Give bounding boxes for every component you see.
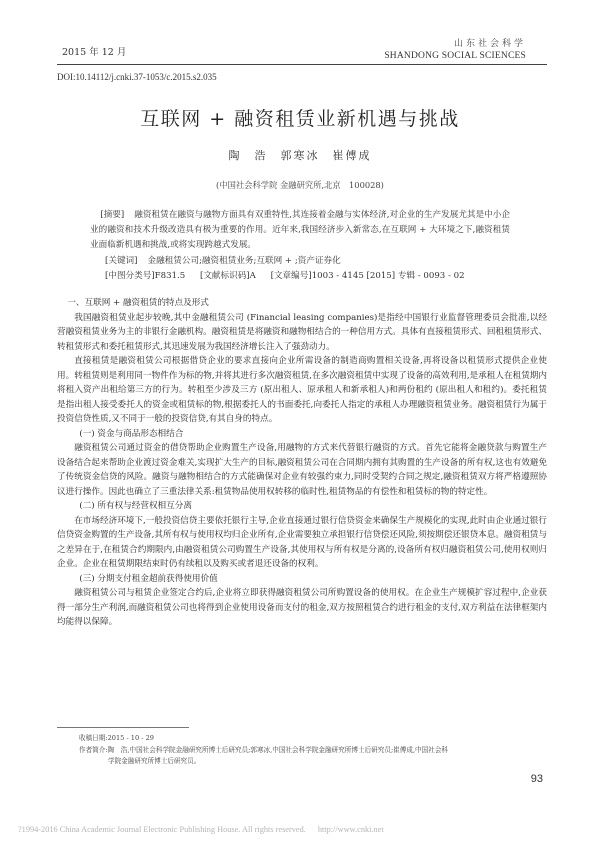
paragraph: 我国融资租赁业起步较晚,其中金融租赁公司 (Financial leasing …	[57, 311, 547, 355]
authors: 陶 浩 郭寒冰 崔傅成	[0, 147, 600, 163]
footnote-divider	[57, 727, 189, 728]
article-title: 互联网 + 融资租赁业新机遇与挑战	[0, 104, 600, 131]
copyright-url[interactable]: http://www.cnki.net	[318, 825, 384, 834]
header-divider	[57, 64, 547, 65]
keywords-text: 金融租赁公司;融资租赁业务;互联网 + ;资产证券化	[148, 256, 341, 266]
issue-date: 2015 年 12 月	[62, 44, 126, 58]
doi: DOI:10.14112/j.cnki.37-1053/c.2015.s2.03…	[57, 72, 217, 82]
affiliation: (中国社会科学院 金融研究所,北京 100028)	[0, 179, 600, 191]
subsection-heading: (三) 分期支付租金超前获得使用价值	[57, 572, 547, 587]
article-body: 一、互联网 + 融资租赁的特点及形式 我国融资租赁业起步较晚,其中金融租赁公司 …	[57, 296, 547, 630]
article-number: [文章编号]1003 - 4145 [2015] 专辑 - 0093 - 02	[271, 271, 465, 281]
author-bio: 作者简介:陶 浩,中国社会科学院金融研究所博士后研究员;郭寒冰,中国社会科学院金…	[79, 745, 549, 757]
journal-name-cn: 山东社会科学	[384, 38, 526, 50]
subsection-heading: (一) 资金与商品形态相结合	[57, 427, 547, 442]
abstract-label: [摘要]	[100, 210, 124, 220]
paragraph: 融资租赁公司与租赁企业签定合约后,企业将立即获得融资租赁公司所购置设备的使用权。…	[57, 586, 547, 630]
document-code: [文献标识码]A	[200, 271, 256, 281]
received-date: 收稿日期:2015 - 10 - 29	[79, 733, 549, 745]
copyright-text: ?1994-2016 China Academic Journal Electr…	[18, 825, 306, 834]
abstract-text: 融资租赁在融资与融物方面具有双重特性,其连接着金融与实体经济,对企业的生产发展尤…	[90, 210, 510, 250]
abstract: [摘要]融资租赁在融资与融物方面具有双重特性,其连接着金融与实体经济,对企业的生…	[90, 208, 510, 253]
footnotes: 收稿日期:2015 - 10 - 29 作者简介:陶 浩,中国社会科学院金融研究…	[79, 733, 549, 768]
keywords: [关键词]金融租赁公司;融资租赁业务;互联网 + ;资产证券化	[105, 254, 341, 266]
clc-number: [中图分类号]F831.5	[105, 271, 185, 281]
section-heading: 一、互联网 + 融资租赁的特点及形式	[57, 296, 547, 311]
journal-name: 山东社会科学 SHANDONG SOCIAL SCIENCES	[384, 38, 526, 62]
subsection-heading: (二) 所有权与经营权相互分离	[57, 499, 547, 514]
paragraph: 融资租赁公司通过资金的借贷帮助企业购置生产设备,用融物的方式来代替银行融资的方式…	[57, 441, 547, 499]
paragraph: 在市场经济环境下,一般投资信贷主要依托银行主导,企业直接通过银行信贷资金来确保生…	[57, 514, 547, 572]
journal-name-en: SHANDONG SOCIAL SCIENCES	[384, 50, 526, 62]
copyright-notice: ?1994-2016 China Academic Journal Electr…	[18, 825, 384, 834]
journal-page: 2015 年 12 月 山东社会科学 SHANDONG SOCIAL SCIEN…	[0, 0, 600, 850]
classification-line: [中图分类号]F831.5 [文献标识码]A [文章编号]1003 - 4145…	[105, 269, 477, 281]
author-bio-continued: 学院金融研究所博士后研究员。	[79, 756, 549, 768]
keywords-label: [关键词]	[105, 256, 138, 266]
paragraph: 直接租赁是融资租赁公司根据借贷企业的要求直接向企业所需设备的制造商购置相关设备,…	[57, 354, 547, 427]
page-number: 93	[531, 773, 543, 785]
